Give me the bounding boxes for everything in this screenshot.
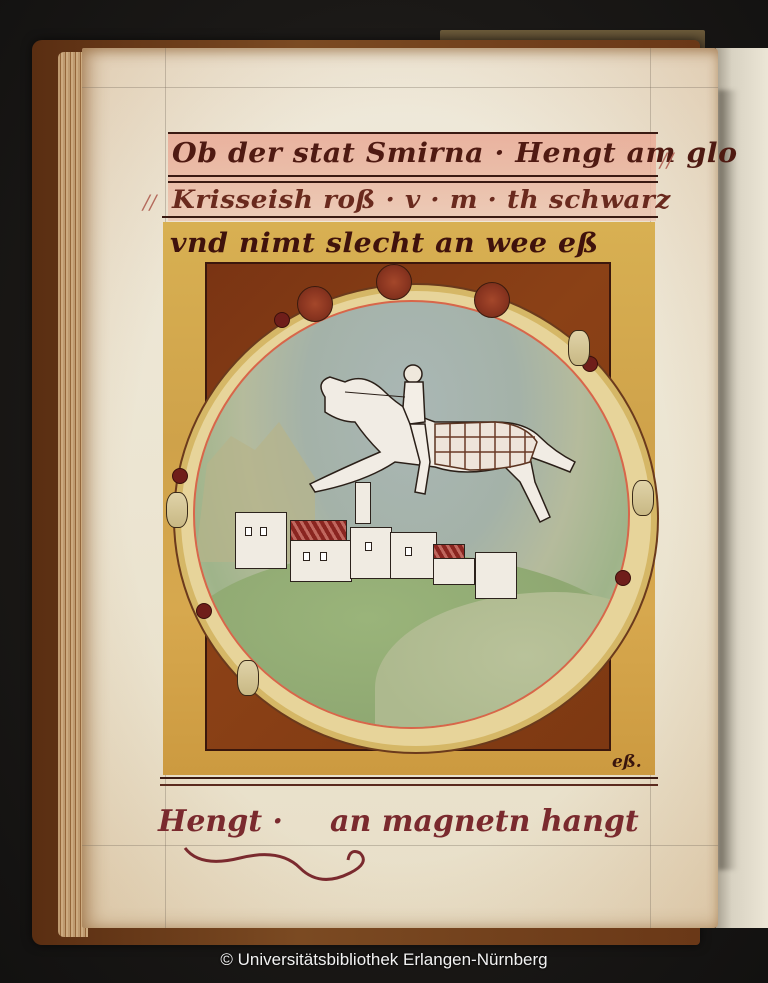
copyright-notice: © Universitätsbibliothek Erlangen-Nürnbe… (0, 950, 768, 970)
garland-bundle (237, 660, 259, 696)
ruling-line-top (82, 87, 718, 88)
heading-line-1: Ob der stat Smirna · Hengt am glo (172, 138, 738, 169)
ruling-line-bottom (82, 845, 718, 846)
town-house (433, 558, 475, 585)
heading-rule (162, 216, 658, 218)
window (303, 552, 310, 561)
caption-left: Hengt · (158, 804, 283, 839)
horse-and-rider (285, 352, 585, 532)
window (365, 542, 372, 551)
garland-berry (172, 468, 188, 484)
round-tower (475, 552, 517, 599)
garland-rose (297, 286, 333, 322)
garland-bundle (568, 330, 590, 366)
heading-line-2: Krisseish roß · v · m · th schwarz (172, 185, 671, 214)
margin-mark: // (660, 148, 673, 172)
garland-rose (474, 282, 510, 318)
town-house (390, 532, 437, 579)
caption-flourish (180, 838, 390, 888)
garland-berry (196, 603, 212, 619)
town-house (350, 527, 392, 579)
window (260, 527, 267, 536)
heading-rule (168, 175, 658, 177)
caption-rule (160, 784, 658, 786)
caption-rule (160, 777, 658, 779)
gutter-shadow (718, 90, 738, 870)
window (320, 552, 327, 561)
window (245, 527, 252, 536)
heading-rule (168, 181, 658, 183)
artist-signature-mark: eß. (612, 752, 642, 772)
window (405, 547, 412, 556)
garland-bundle (166, 492, 188, 528)
heading-line-3: vnd nimt slecht an wee eß (170, 228, 599, 259)
caption-right: an magnetn hangt (330, 804, 639, 839)
margin-mark: // (143, 190, 156, 214)
town-house (290, 540, 352, 582)
heading-rule (168, 132, 658, 134)
garland-rose (376, 264, 412, 300)
garland-berry (274, 312, 290, 328)
garland-bundle (632, 480, 654, 516)
garland-berry (615, 570, 631, 586)
town-wall-tower (235, 512, 287, 569)
illustration-scene (193, 300, 630, 729)
